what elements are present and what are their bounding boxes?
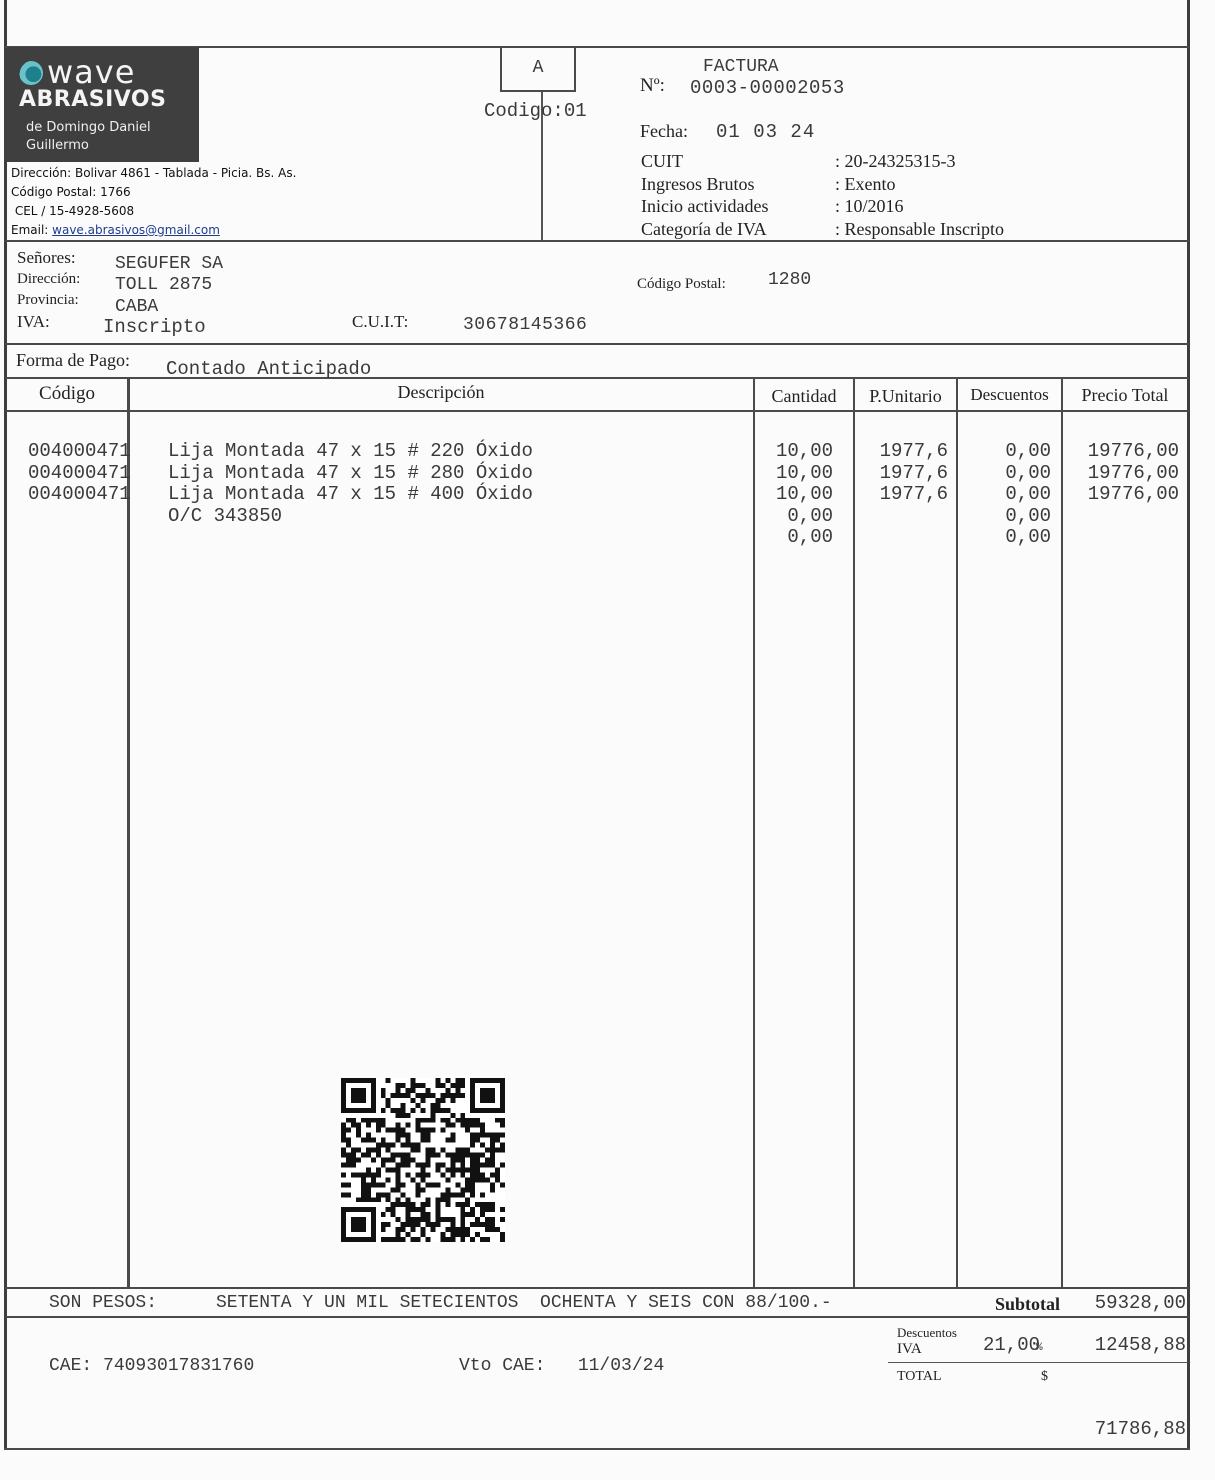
cell-unit-price: 1977,6 (855, 483, 948, 505)
cell-quantity: 0,00 (755, 505, 833, 527)
logo-owner-line2: Guillermo (26, 137, 151, 155)
iva-amount: 12458,88 (1070, 1334, 1186, 1356)
header-bottom-line (5, 240, 1189, 242)
invoice-date: 01 03 24 (716, 121, 815, 143)
customer-address-label: Dirección: (17, 271, 80, 288)
header-quantity: Cantidad (755, 386, 853, 407)
cell-description: Lija Montada 47 x 15 # 400 Óxido (168, 483, 533, 505)
cell-description: O/C 343850 (168, 505, 282, 527)
issuer-email-label: Email: (11, 223, 52, 237)
customer-name-label: Señores: (17, 248, 76, 268)
iva-rate-value: 21,00 (983, 1334, 1040, 1356)
cell-discount: 0,00 (958, 462, 1051, 484)
header-total: Precio Total (1063, 385, 1187, 406)
cae: CAE: 74093017831760 (49, 1356, 254, 1376)
subtotal-label: Subtotal (995, 1294, 1060, 1315)
customer-cuit: 30678145366 (463, 315, 587, 335)
total-label: TOTAL (897, 1369, 942, 1385)
col-line-quantity (853, 377, 855, 1287)
issuer-postal-code: Código Postal: 1766 (11, 183, 296, 202)
subtotal-value: 59328,00 (1070, 1292, 1186, 1314)
cell-code: 004000471 (28, 440, 131, 462)
cell-discount: 0,00 (958, 483, 1051, 505)
cae-expiry-label: Vto CAE: (459, 1356, 545, 1376)
customer-address: TOLL 2875 (115, 275, 212, 295)
cell-unit-price: 1977,6 (855, 440, 948, 462)
cae-expiry-value: 11/03/24 (578, 1356, 664, 1376)
logo-brand-main: ABRASIVOS (19, 87, 166, 112)
fiscal-label: Inicio actividades (641, 195, 835, 218)
customer-iva: Inscripto (103, 316, 206, 338)
invoice-letter: A (502, 58, 574, 78)
iva-rate: 21,00% (983, 1334, 1043, 1356)
cell-code: 004000471 (28, 462, 131, 484)
invoice-number-label: Nº: (640, 75, 665, 97)
company-logo: wave ABRASIVOS de Domingo Daniel Guiller… (7, 47, 199, 162)
total-value: 71786,88 (1070, 1418, 1186, 1440)
words-bottom-line (5, 1316, 1189, 1318)
currency-symbol: $ (1041, 1369, 1048, 1385)
logo-owner-line1: de Domingo Daniel (26, 119, 151, 137)
cae-label: CAE: (49, 1356, 92, 1376)
customer-cuit-label: C.U.I.T: (352, 312, 408, 332)
frame-right-border (1187, 0, 1190, 1450)
cell-total: 19776,00 (1063, 483, 1179, 505)
customer-postal: 1280 (768, 270, 811, 290)
issuer-contact: Dirección: Bolivar 4861 - Tablada - Pici… (11, 164, 296, 240)
fiscal-value: : Responsable Inscripto (835, 218, 1004, 241)
cell-quantity: 10,00 (755, 440, 833, 462)
iva-bottom-line (888, 1362, 1188, 1363)
cell-discount: 0,00 (958, 505, 1051, 527)
cell-total: 19776,00 (1063, 440, 1179, 462)
cell-discount: 0,00 (958, 526, 1051, 548)
wave-icon (19, 61, 43, 85)
frame-left-border (4, 0, 7, 1450)
cae-value: 74093017831760 (103, 1356, 254, 1376)
fiscal-label: CUIT (641, 150, 835, 173)
invoice-code: Codigo:01 (484, 100, 587, 122)
cae-expiry: Vto CAE: 11/03/24 (459, 1356, 664, 1376)
fiscal-label: Categoría de IVA (641, 218, 835, 241)
cell-code: 004000471 (28, 483, 131, 505)
payment-label: Forma de Pago: (16, 350, 130, 371)
iva-rate-symbol: % (1036, 1342, 1043, 1354)
invoice-type: FACTURA (703, 57, 779, 77)
fiscal-value: : 10/2016 (835, 195, 904, 218)
cell-quantity: 10,00 (755, 462, 833, 484)
col-line-discount (1061, 377, 1063, 1287)
invoice-date-label: Fecha: (640, 121, 688, 142)
issuer-email-link[interactable]: wave.abrasivos@gmail.com (52, 223, 220, 237)
customer-postal-label: Código Postal: (637, 276, 726, 293)
logo-brand-top: wave (47, 53, 135, 91)
cell-discount: 0,00 (958, 440, 1051, 462)
header-code: Código (8, 383, 126, 405)
header-unit-price: P.Unitario (855, 386, 956, 407)
customer-province: CABA (115, 297, 158, 317)
cell-quantity: 10,00 (755, 483, 833, 505)
fiscal-label: Ingresos Brutos (641, 173, 835, 196)
customer-name: SEGUFER SA (115, 254, 223, 274)
cell-description: Lija Montada 47 x 15 # 280 Óxido (168, 462, 533, 484)
header-description: Descripción (130, 382, 752, 403)
cell-quantity: 0,00 (755, 526, 833, 548)
iva-label: IVA (897, 1341, 922, 1358)
cell-total: 19776,00 (1063, 462, 1179, 484)
amount-words: SETENTA Y UN MIL SETECIENTOS OCHENTA Y S… (216, 1293, 832, 1313)
invoice-number: 0003-00002053 (690, 77, 845, 99)
qr-code-icon (340, 1078, 506, 1242)
customer-iva-label: IVA: (17, 312, 50, 332)
table-bottom-line (5, 1287, 1189, 1289)
fiscal-value: : Exento (835, 173, 896, 196)
discounts-label: Descuentos (897, 1325, 957, 1341)
fiscal-value: : 20-24325315-3 (835, 150, 956, 173)
col-line-code (127, 377, 130, 1287)
payment-value: Contado Anticipado (166, 358, 371, 380)
frame-bottom-line (4, 1448, 1190, 1450)
amount-words-label: SON PESOS: (49, 1293, 157, 1313)
fiscal-info: CUIT: 20-24325315-3 Ingresos Brutos: Exe… (641, 150, 1004, 240)
customer-province-label: Provincia: (17, 292, 79, 309)
table-header-bottom-line (5, 410, 1189, 412)
invoice-letter-box: A (500, 46, 576, 92)
customer-bottom-line (5, 343, 1189, 345)
issuer-phone: CEL / 15-4928-5608 (11, 202, 296, 221)
header-discount: Descuentos (958, 385, 1061, 405)
cell-description: Lija Montada 47 x 15 # 220 Óxido (168, 440, 533, 462)
cell-unit-price: 1977,6 (855, 462, 948, 484)
issuer-address: Dirección: Bolivar 4861 - Tablada - Pici… (11, 164, 296, 183)
